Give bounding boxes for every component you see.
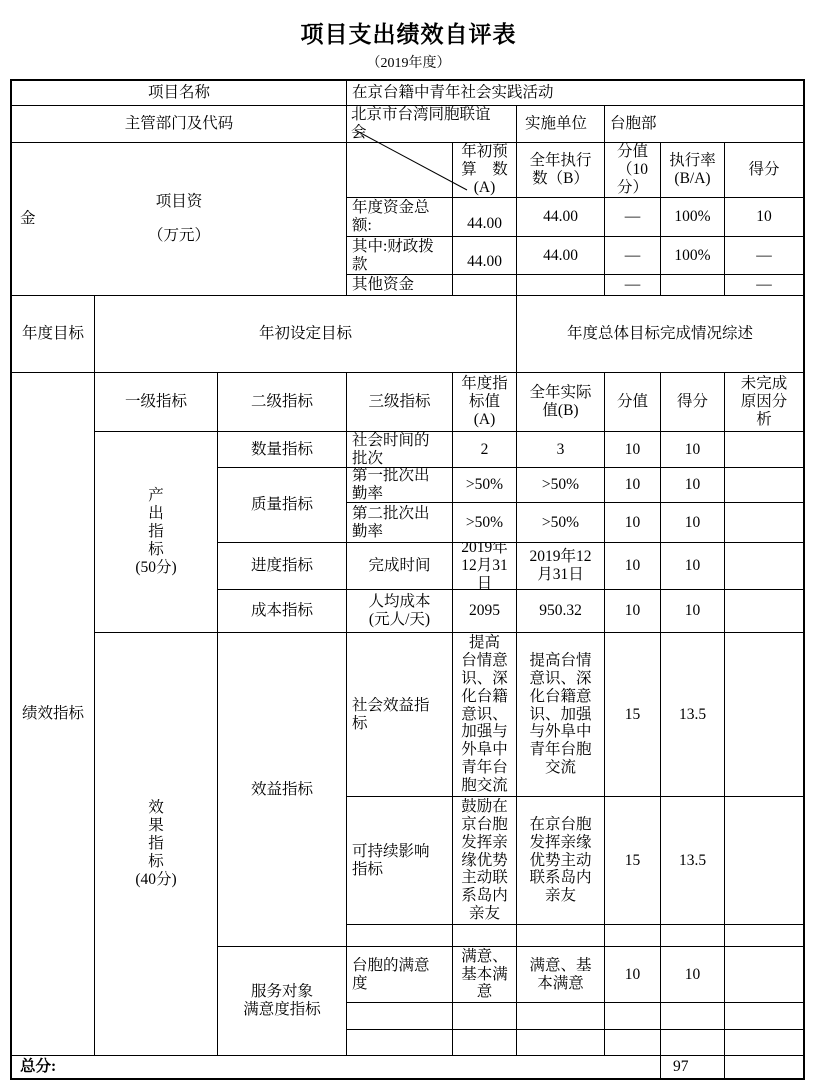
dept-value: 北京市台湾同胞联谊 会 bbox=[347, 106, 517, 143]
level2-quantity: 数量指标 bbox=[218, 432, 347, 468]
document-page: 项目支出绩效自评表 （2019年度） 项目名称 在京台籍中青年社会实践活动 主管… bbox=[0, 0, 817, 1082]
funding-rate-value: 100% bbox=[661, 198, 725, 237]
row-l3 bbox=[347, 1030, 453, 1056]
row-actual: >50% bbox=[517, 503, 605, 543]
row-l3: 社会效益指 标 bbox=[347, 633, 453, 797]
page-subtitle: （2019年度） bbox=[0, 52, 817, 72]
project-name-value: 在京台籍中青年社会实践活动 bbox=[347, 81, 803, 106]
funding-got-value: 10 bbox=[725, 198, 803, 237]
row-target: >50% bbox=[453, 468, 517, 503]
funding-score-value: — bbox=[605, 198, 661, 237]
row-actual: 满意、基 本满意 bbox=[517, 947, 605, 1003]
funding-got-value: — bbox=[725, 237, 803, 275]
header-target-a: 年度指 标值 (A) bbox=[453, 373, 517, 432]
funding-exec-value: 44.00 bbox=[517, 237, 605, 275]
funding-rate-value: 100% bbox=[661, 237, 725, 275]
row-got bbox=[661, 925, 725, 947]
goal-set-label: 年初设定目标 bbox=[95, 296, 517, 373]
row-l3: 第一批次出 勤率 bbox=[347, 468, 453, 503]
row-actual: 3 bbox=[517, 432, 605, 468]
row-l3: 社会时间的 批次 bbox=[347, 432, 453, 468]
funding-exec-value bbox=[517, 275, 605, 296]
header-level1: 一级指标 bbox=[95, 373, 218, 432]
row-got bbox=[661, 1003, 725, 1030]
row-reason bbox=[725, 590, 803, 633]
col-rate-header: 执行率 (B/A) bbox=[661, 143, 725, 198]
level1-effect-indicators: 效 果 指 标 (40分) bbox=[95, 633, 218, 1056]
annual-goal-label: 年度目标 bbox=[12, 296, 95, 373]
row-score: 15 bbox=[605, 797, 661, 925]
row-score bbox=[605, 925, 661, 947]
row-l3: 第二批次出 勤率 bbox=[347, 503, 453, 543]
page-title: 项目支出绩效自评表 bbox=[0, 16, 817, 49]
col-budget-header: 年初预 算 数 (A) bbox=[453, 143, 517, 198]
row-target bbox=[453, 1030, 517, 1056]
row-l3 bbox=[347, 925, 453, 947]
row-got: 13.5 bbox=[661, 633, 725, 797]
funding-side-char: 金 bbox=[20, 210, 36, 228]
row-score: 10 bbox=[605, 503, 661, 543]
row-target: 2095 bbox=[453, 590, 517, 633]
level2-benefit: 效益指标 bbox=[218, 633, 347, 947]
row-got: 13.5 bbox=[661, 797, 725, 925]
row-got: 10 bbox=[661, 432, 725, 468]
header-level3: 三级指标 bbox=[347, 373, 453, 432]
row-l3 bbox=[347, 1003, 453, 1030]
impl-unit-label: 实施单位 bbox=[517, 106, 605, 143]
row-got bbox=[661, 1030, 725, 1056]
header-score: 分值 bbox=[605, 373, 661, 432]
funding-label-bottom: （万元） bbox=[148, 227, 210, 245]
funding-got-value: — bbox=[725, 275, 803, 296]
row-score: 10 bbox=[605, 947, 661, 1003]
funding-exec-value: 44.00 bbox=[517, 198, 605, 237]
row-score: 10 bbox=[605, 590, 661, 633]
row-actual: 提高台情 意识、深 化台籍意 识、加强 与外阜中 青年台胞 交流 bbox=[517, 633, 605, 797]
funding-budget-value: 44.00 bbox=[453, 198, 517, 237]
dept-label: 主管部门及代码 bbox=[12, 106, 347, 143]
funding-title-cell: 金 项目资 （万元） bbox=[12, 143, 347, 296]
row-reason bbox=[725, 925, 803, 947]
row-score: 10 bbox=[605, 468, 661, 503]
row-reason bbox=[725, 543, 803, 590]
level2-quality: 质量指标 bbox=[218, 468, 347, 543]
row-target bbox=[453, 1003, 517, 1030]
funding-label-top: 项目资 bbox=[156, 193, 203, 211]
funding-row-label: 其中:财政拨 款 bbox=[347, 237, 453, 275]
col-score-header: 分值 （10 分） bbox=[605, 143, 661, 198]
funding-rate-value bbox=[661, 275, 725, 296]
row-actual: >50% bbox=[517, 468, 605, 503]
row-reason bbox=[725, 947, 803, 1003]
row-reason bbox=[725, 1030, 803, 1056]
row-reason bbox=[725, 432, 803, 468]
level1-output-indicators: 产 出 指 标 (50分) bbox=[95, 432, 218, 633]
row-got: 10 bbox=[661, 543, 725, 590]
goal-summary-label: 年度总体目标完成情况综述 bbox=[517, 296, 803, 373]
funding-budget-value bbox=[453, 275, 517, 296]
funding-row-label: 其他资金 bbox=[347, 275, 453, 296]
row-got: 10 bbox=[661, 468, 725, 503]
row-l3: 台胞的满意 度 bbox=[347, 947, 453, 1003]
row-reason bbox=[725, 633, 803, 797]
col-exec-header: 全年执行 数（B） bbox=[517, 143, 605, 198]
funding-row-label: 年度资金总 额: bbox=[347, 198, 453, 237]
row-target: 2019年 12月31 日 bbox=[453, 543, 517, 590]
funding-score-value: — bbox=[605, 237, 661, 275]
perf-side-label: 绩效指标 bbox=[12, 373, 95, 1056]
row-score: 10 bbox=[605, 432, 661, 468]
row-reason bbox=[725, 468, 803, 503]
row-actual bbox=[517, 1003, 605, 1030]
row-reason bbox=[725, 797, 803, 925]
row-reason bbox=[725, 1003, 803, 1030]
col-got-header: 得分 bbox=[725, 143, 803, 198]
row-target bbox=[453, 925, 517, 947]
row-actual bbox=[517, 925, 605, 947]
funding-diagonal-cell bbox=[347, 143, 453, 198]
row-l3: 人均成本 (元人/天) bbox=[347, 590, 453, 633]
row-score: 10 bbox=[605, 543, 661, 590]
row-l3: 可持续影响 指标 bbox=[347, 797, 453, 925]
project-name-label: 项目名称 bbox=[12, 81, 347, 106]
row-actual: 在京台胞 发挥亲缘 优势主动 联系岛内 亲友 bbox=[517, 797, 605, 925]
row-got: 10 bbox=[661, 503, 725, 543]
row-target: 满意、 基本满 意 bbox=[453, 947, 517, 1003]
row-got: 10 bbox=[661, 590, 725, 633]
header-actual-b: 全年实际 值(B) bbox=[517, 373, 605, 432]
row-target: 2 bbox=[453, 432, 517, 468]
level2-satisfaction: 服务对象 满意度指标 bbox=[218, 947, 347, 1056]
row-got: 10 bbox=[661, 947, 725, 1003]
row-l3: 完成时间 bbox=[347, 543, 453, 590]
row-score bbox=[605, 1003, 661, 1030]
funding-budget-value: 44.00 bbox=[453, 237, 517, 275]
row-actual bbox=[517, 1030, 605, 1056]
header-level2: 二级指标 bbox=[218, 373, 347, 432]
total-score-value: 97 bbox=[661, 1056, 725, 1078]
row-actual: 950.32 bbox=[517, 590, 605, 633]
row-target: 提高 台情意 识、深 化台籍 意识、 加强与 外阜中 青年台 胞交流 bbox=[453, 633, 517, 797]
total-label: 总分: bbox=[12, 1056, 661, 1078]
self-eval-table: 项目名称 在京台籍中青年社会实践活动 主管部门及代码 北京市台湾同胞联谊 会 实… bbox=[10, 79, 805, 1080]
impl-unit-value: 台胞部 bbox=[605, 106, 803, 143]
header-reason: 未完成 原因分 析 bbox=[725, 373, 803, 432]
row-actual: 2019年12 月31日 bbox=[517, 543, 605, 590]
header-got: 得分 bbox=[661, 373, 725, 432]
total-empty-cell bbox=[725, 1056, 803, 1078]
row-score bbox=[605, 1030, 661, 1056]
level2-progress: 进度指标 bbox=[218, 543, 347, 590]
row-score: 15 bbox=[605, 633, 661, 797]
row-target: 鼓励在 京台胞 发挥亲 缘优势 主动联 系岛内 亲友 bbox=[453, 797, 517, 925]
row-reason bbox=[725, 503, 803, 543]
level2-cost: 成本指标 bbox=[218, 590, 347, 633]
funding-score-value: — bbox=[605, 275, 661, 296]
row-target: >50% bbox=[453, 503, 517, 543]
